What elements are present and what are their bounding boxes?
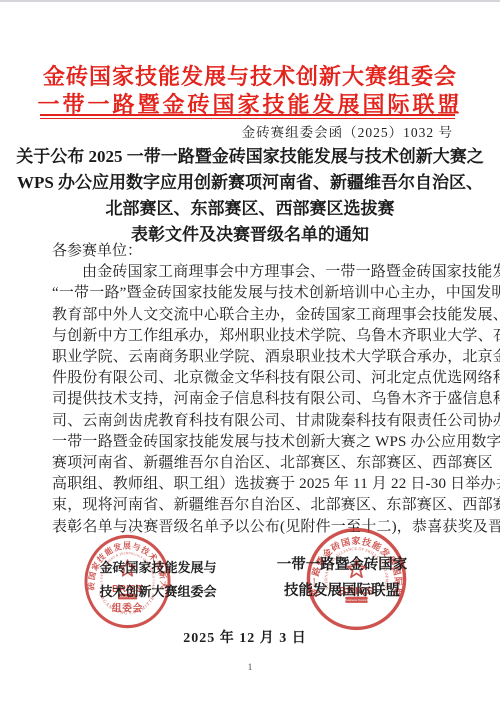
signature-line: 一带一路暨金砖国家	[272, 552, 412, 578]
notice-title: 关于公布 2025 一带一路暨金砖国家技能发展与技术创新大赛之 WPS 办公应用…	[0, 144, 500, 248]
signature-organizing-committee: 金砖国家技能发展与 技术创新大赛组委会	[83, 556, 233, 604]
body-line: 司提供技术支持，河南金子信息科技有限公司、乌鲁木齐于盛信息科技有限公	[52, 389, 449, 410]
notice-title-line: 北部赛区、东部赛区、西部赛区选拔赛	[0, 196, 500, 222]
page-number: 1	[0, 662, 500, 672]
body-line: 司、云南剑齿虎教育科技有限公司、甘肃陇秦科技有限责任公司协办的 2025	[52, 411, 449, 432]
body-line: 由金砖国家工商理事会中方理事会、一带一路暨金砖国家技能发展国际盟、	[52, 262, 449, 283]
notice-title-line: 关于公布 2025 一带一路暨金砖国家技能发展与技术创新大赛之	[0, 144, 500, 170]
signature-line: 金砖国家技能发展与	[83, 556, 233, 580]
signature-line: 技术创新大赛组委会	[83, 580, 233, 604]
issue-date: 2025 年 12 月 3 日	[0, 627, 490, 647]
header-underline-thick	[40, 114, 455, 116]
signature-line: 技能发展国际联盟	[272, 578, 412, 604]
salutation: 各参赛单位：	[52, 241, 449, 262]
signature-international-alliance: 一带一路暨金砖国家 技能发展国际联盟	[272, 552, 412, 604]
window-top-edge	[0, 0, 500, 2]
body-line: 赛项河南省、新疆维吾尔自治区、北部赛区、东部赛区、西部赛区（中职组、	[52, 453, 449, 474]
notice-body: 各参赛单位： 由金砖国家工商理事会中方理事会、一带一路暨金砖国家技能发展国际盟、…	[52, 241, 449, 538]
body-line: 职业学院、云南商务职业学院、酒泉职业技术大学联合承办，北京金山办公软	[52, 347, 449, 368]
body-line: 高职组、教师组、职工组）选拔赛于 2025 年 11 月 22 日-30 日举办…	[52, 474, 449, 495]
body-line: 一带一路暨金砖国家技能发展与技术创新大赛之 WPS 办公应用数字应用创新	[52, 432, 449, 453]
body-line: 束，现将河南省、新疆维吾尔自治区、北部赛区、东部赛区、西部赛区选拔赛	[52, 495, 449, 516]
header-underline-thin	[40, 118, 455, 119]
body-line: 与创新中方工作组承办，郑州职业技术学院、乌鲁木齐职业大学、石家庄财经	[52, 326, 449, 347]
document-number: 金砖赛组委会函（2025）1032 号	[0, 121, 453, 141]
official-notice-page: 金砖国家技能发展与技术创新大赛组委会 一带一路暨金砖国家技能发展国际联盟 金砖赛…	[0, 0, 500, 710]
body-line: 件股份有限公司、北京微金文华科技有限公司、河北定点优选网络科技有限公	[52, 368, 449, 389]
body-line: “一带一路”暨金砖国家技能发展与技术创新培训中心主办，中国发明协会、	[52, 283, 449, 304]
notice-title-line: WPS 办公应用数字应用创新赛项河南省、新疆维吾尔自治区、	[0, 170, 500, 196]
issuing-org-title-line1: 金砖国家技能发展与技术创新大赛组委会	[0, 60, 500, 91]
body-line: 教育部中外人文交流中心联合主办，金砖国家工商理事会技能发展、应用技术	[52, 305, 449, 326]
